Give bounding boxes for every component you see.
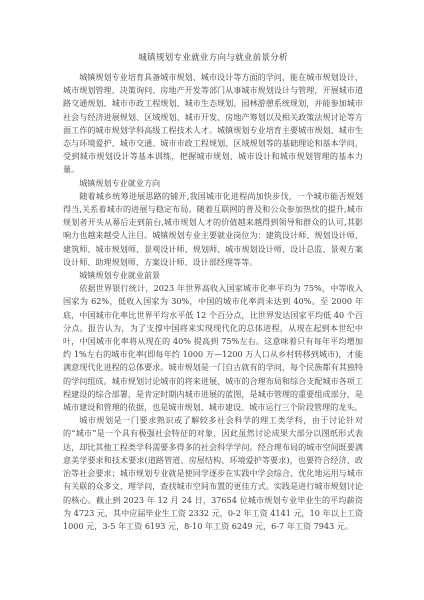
career-prospects-paragraph: 依据世界银行统计，2023 年世界高收入国家城市化率平均为 75%，中等收入国家… <box>63 282 363 414</box>
intro-paragraph: 城镇规划专业培育具备城市规划、城市设计等方面的学问，能在城市规划设计、城市规划管… <box>63 71 363 177</box>
section-heading-career-prospects: 城镇规划专业就业前景 <box>63 269 363 282</box>
career-direction-paragraph: 随着城乡统筹进展思路的铺开,我国城市化进程尚加快步伐，一个城市能否规划得当,关系… <box>63 190 363 269</box>
document-title: 城镇规划专业就业方向与就业前景分析 <box>63 52 363 64</box>
discipline-salary-paragraph: 城市规划是一门要求熟识或了解较多社会科学的理工类学科，由于讨论针对的“城市”是一… <box>63 414 363 533</box>
section-heading-career-direction: 城镇规划专业就业方向 <box>63 177 363 190</box>
document-page: 城镇规划专业就业方向与就业前景分析 城镇规划专业培育具备城市规划、城市设计等方面… <box>63 52 363 533</box>
